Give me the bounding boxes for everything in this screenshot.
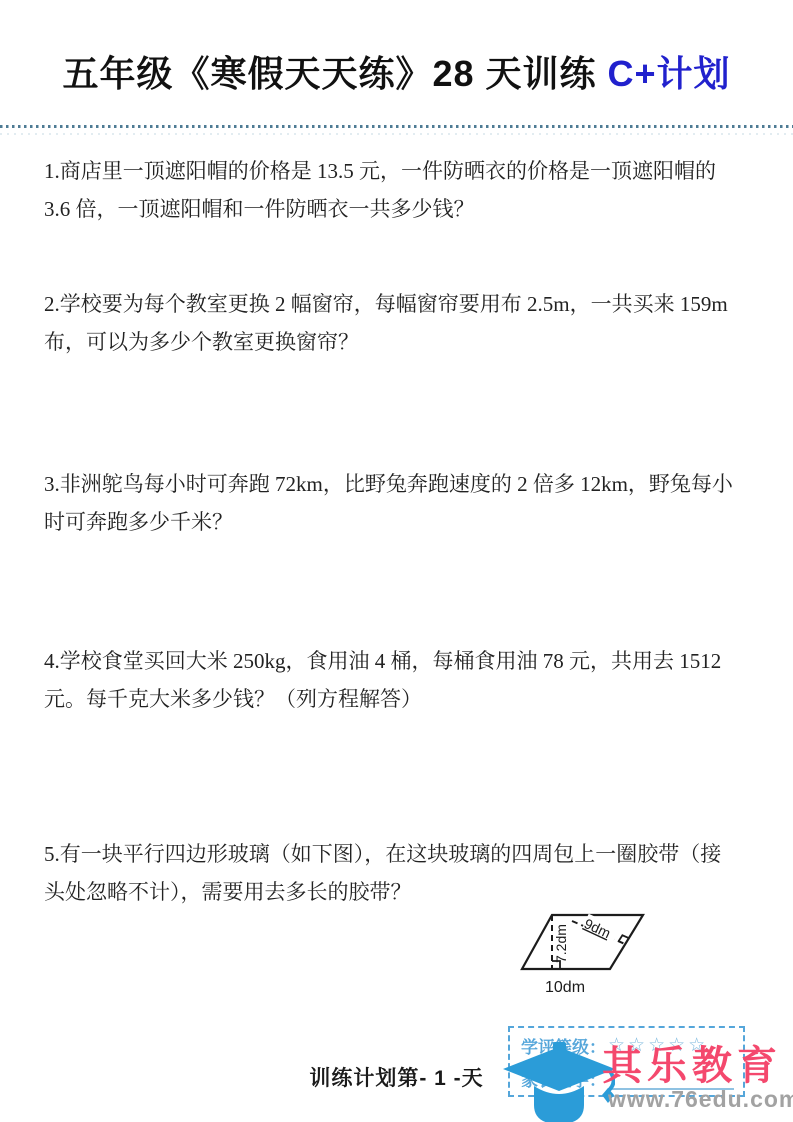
problem-2: 2.学校要为每个教室更换 2 幅窗帘，每幅窗帘要用布 2.5m，一共买来 159… xyxy=(44,285,760,361)
problem-2-line-1: 2.学校要为每个教室更换 2 幅窗帘，每幅窗帘要用布 2.5m，一共买来 159… xyxy=(44,285,760,323)
parallelogram-figure: 7.2dm 9dm 10dm xyxy=(498,895,690,1007)
problem-3-line-1: 3.非洲鸵鸟每小时可奔跑 72km，比野兔奔跑速度的 2 倍多 12km，野兔每… xyxy=(44,465,760,503)
base-label: 10dm xyxy=(545,979,585,996)
parallelogram-svg: 7.2dm 9dm 10dm xyxy=(498,895,690,1007)
graduation-cap-icon xyxy=(503,1042,615,1122)
watermark-url: www.76edu.com xyxy=(608,1088,793,1111)
page-title: 五年级《寒假天天练》28 天训练 C+计划 xyxy=(0,46,793,97)
problem-1: 1.商店里一顶遮阳帽的价格是 13.5 元，一件防晒衣的价格是一顶遮阳帽的 3.… xyxy=(44,152,760,228)
problem-3: 3.非洲鸵鸟每小时可奔跑 72km，比野兔奔跑速度的 2 倍多 12km，野兔每… xyxy=(44,465,760,541)
problem-4-line-1: 4.学校食堂买回大米 250kg，食用油 4 桶，每桶食用油 78 元，共用去 … xyxy=(44,642,760,680)
parallelogram-outline xyxy=(522,915,643,969)
watermark-brand-text: 其乐教育 xyxy=(602,1046,782,1086)
dotted-divider-shadow xyxy=(0,133,793,135)
page-title-main: 五年级《寒假天天练》28 天训练 xyxy=(62,53,607,94)
height-label: 7.2dm xyxy=(553,924,569,963)
problem-2-line-2: 布，可以为多少个教室更换窗帘？ xyxy=(44,323,760,361)
problem-3-line-2: 时可奔跑多少千米？ xyxy=(44,503,760,541)
problem-1-line-2: 3.6 倍，一顶遮阳帽和一件防晒衣一共多少钱？ xyxy=(44,190,760,228)
problem-1-line-1: 1.商店里一顶遮阳帽的价格是 13.5 元，一件防晒衣的价格是一顶遮阳帽的 xyxy=(44,152,760,190)
page-title-plan: C+计划 xyxy=(608,53,731,94)
problem-5-line-1: 5.有一块平行四边形玻璃（如下图），在这块玻璃的四周包上一圈胶带（接 xyxy=(44,835,760,873)
problem-4: 4.学校食堂买回大米 250kg，食用油 4 桶，每桶食用油 78 元，共用去 … xyxy=(44,642,760,718)
problem-4-line-2: 元。每千克大米多少钱？（列方程解答） xyxy=(44,680,760,718)
worksheet-page: 五年级《寒假天天练》28 天训练 C+计划 1.商店里一顶遮阳帽的价格是 13.… xyxy=(0,0,793,1122)
dotted-divider xyxy=(0,125,793,128)
